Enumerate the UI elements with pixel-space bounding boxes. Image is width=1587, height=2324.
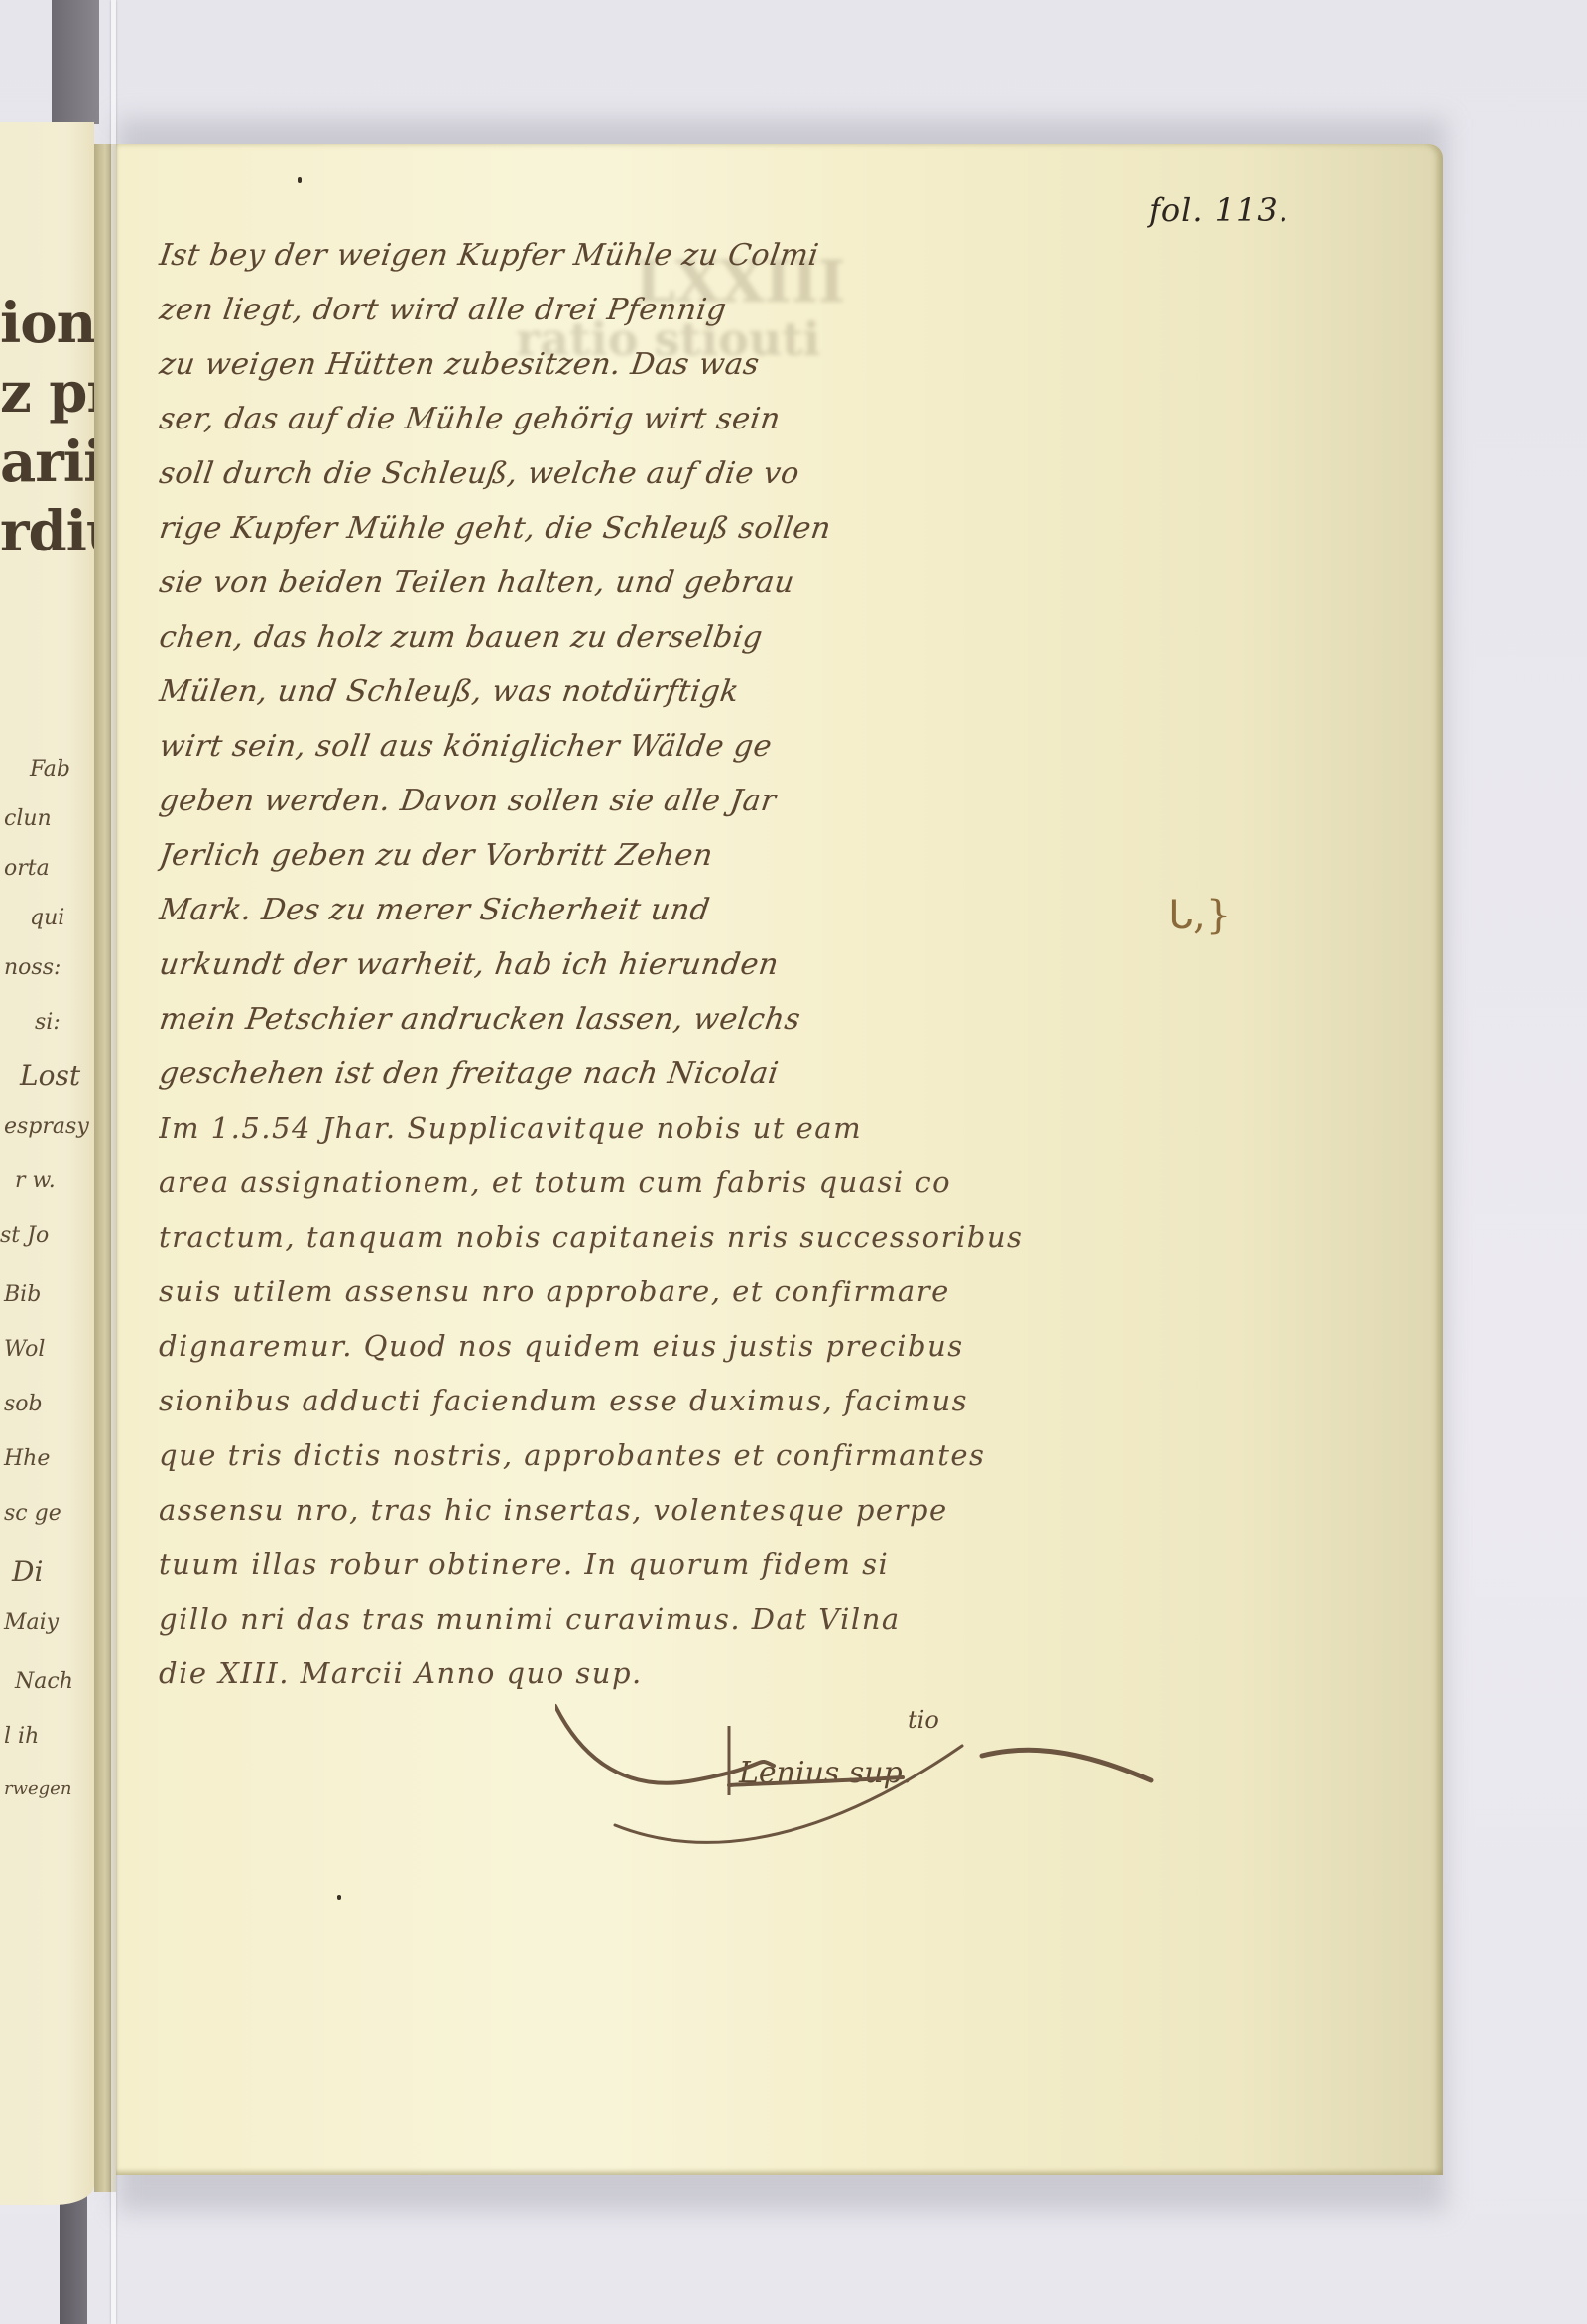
left-heading-fragment: ione [0,291,94,356]
left-margin-fragment: Bib [4,1283,41,1307]
manuscript-line: area assignationem, et totum cum fabris … [159,1165,1151,1211]
left-margin-fragment: Nach [15,1669,73,1694]
manuscript-line: zen liegt, dort wird alle drei Pfennig [156,293,1154,338]
left-margin-fragment: sob [4,1392,43,1416]
manuscript-line: Im 1.5.54 Jhar. Supplicavitque nobis ut … [159,1111,1151,1157]
glass-plate-edge [111,0,116,2324]
manuscript-line: sionibus adducti faciendum esse duximus,… [159,1384,1151,1429]
left-margin-fragment: l ih [4,1724,39,1749]
folio-number: fol. 113. [1149,191,1289,229]
left-margin-fragment: qui [30,906,64,930]
left-margin-fragment: orta [4,856,50,881]
left-margin-fragment: Maiy [4,1610,59,1635]
left-margin-fragment: Lost [20,1059,80,1092]
left-margin-fragment: esprasy [4,1114,89,1139]
manuscript-line: sie von beiden Teilen halten, und gebrau [156,565,1154,611]
manuscript-line: rige Kupfer Mühle geht, die Schleuß soll… [156,511,1154,556]
manuscript-line: wirt sein, soll aus königlicher Wälde ge [156,729,1154,775]
left-margin-fragment: clun [4,806,52,831]
left-margin-fragment: Di [12,1555,43,1588]
manuscript-line: assensu nro, tras hic insertas, volentes… [159,1493,1151,1538]
left-margin-fragment: noss: [4,955,61,980]
manuscript-line: Ist bey der weigen Kupfer Mühle zu Colmi [156,238,1154,284]
binding-strip-top [52,0,99,124]
ink-speck [298,177,302,183]
left-margin-fragment: r w. [15,1168,56,1193]
manuscript-line: gillo nri das tras munimi curavimus. Dat… [159,1602,1151,1648]
manuscript-line: ser, das auf die Mühle gehörig wirt sein [156,402,1154,447]
left-margin-fragment: rwegen [4,1778,71,1799]
ink-speck [337,1895,341,1900]
manuscript-line: geben werden. Davon sollen sie alle Jar [156,784,1154,829]
margin-mark: ᒐ,} [1168,893,1231,938]
manuscript-line: suis utilem assensu nro approbare, et co… [159,1275,1151,1320]
left-heading-fragment: z pro [0,360,94,426]
manuscript-line: mein Petschier andrucken lassen, welchs [156,1002,1154,1047]
left-margin-fragment: Wol [4,1337,45,1362]
left-page: ione z pro ariis rdiun Fab clun orta qui… [0,122,94,2205]
manuscript-line: Mark. Des zu merer Sicherheit und [156,893,1154,938]
left-margin-fragment: sc ge [4,1501,61,1526]
left-heading-fragment: rdiun [0,499,94,564]
left-margin-fragment: st Jo [0,1223,49,1248]
manuscript-line: chen, das holz zum bauen zu derselbig [156,620,1154,666]
manuscript-line: tractum, tanquam nobis capitaneis nris s… [159,1220,1151,1266]
manuscript-line: dignaremur. Quod nos quidem eius justis … [159,1329,1151,1375]
manuscript-line: Jerlich geben zu der Vorbritt Zehen [156,838,1154,884]
binding-strip-bottom [60,2187,87,2324]
left-margin-fragment: si: [35,1010,61,1035]
manuscript-line: soll durch die Schleuß, welche auf die v… [156,456,1154,502]
manuscript-line: Mülen, und Schleuß, was notdürftigk [156,674,1154,720]
manuscript-line: que tris dictis nostris, approbantes et … [159,1438,1151,1484]
left-margin-fragment: Fab [30,757,70,782]
manuscript-line: geschehen ist den freitage nach Nicolai [156,1056,1154,1102]
manuscript-page [116,144,1443,2175]
manuscript-line: zu weigen Hütten zubesitzen. Das was [156,347,1154,393]
manuscript-line: tuum illas robur obtinere. In quorum fid… [159,1547,1151,1593]
left-margin-fragment: Hhe [4,1446,50,1471]
signature-flourish [555,1686,1170,1865]
left-heading-fragment: ariis [0,429,94,495]
manuscript-line: urkundt der warheit, hab ich hierunden [156,947,1154,993]
